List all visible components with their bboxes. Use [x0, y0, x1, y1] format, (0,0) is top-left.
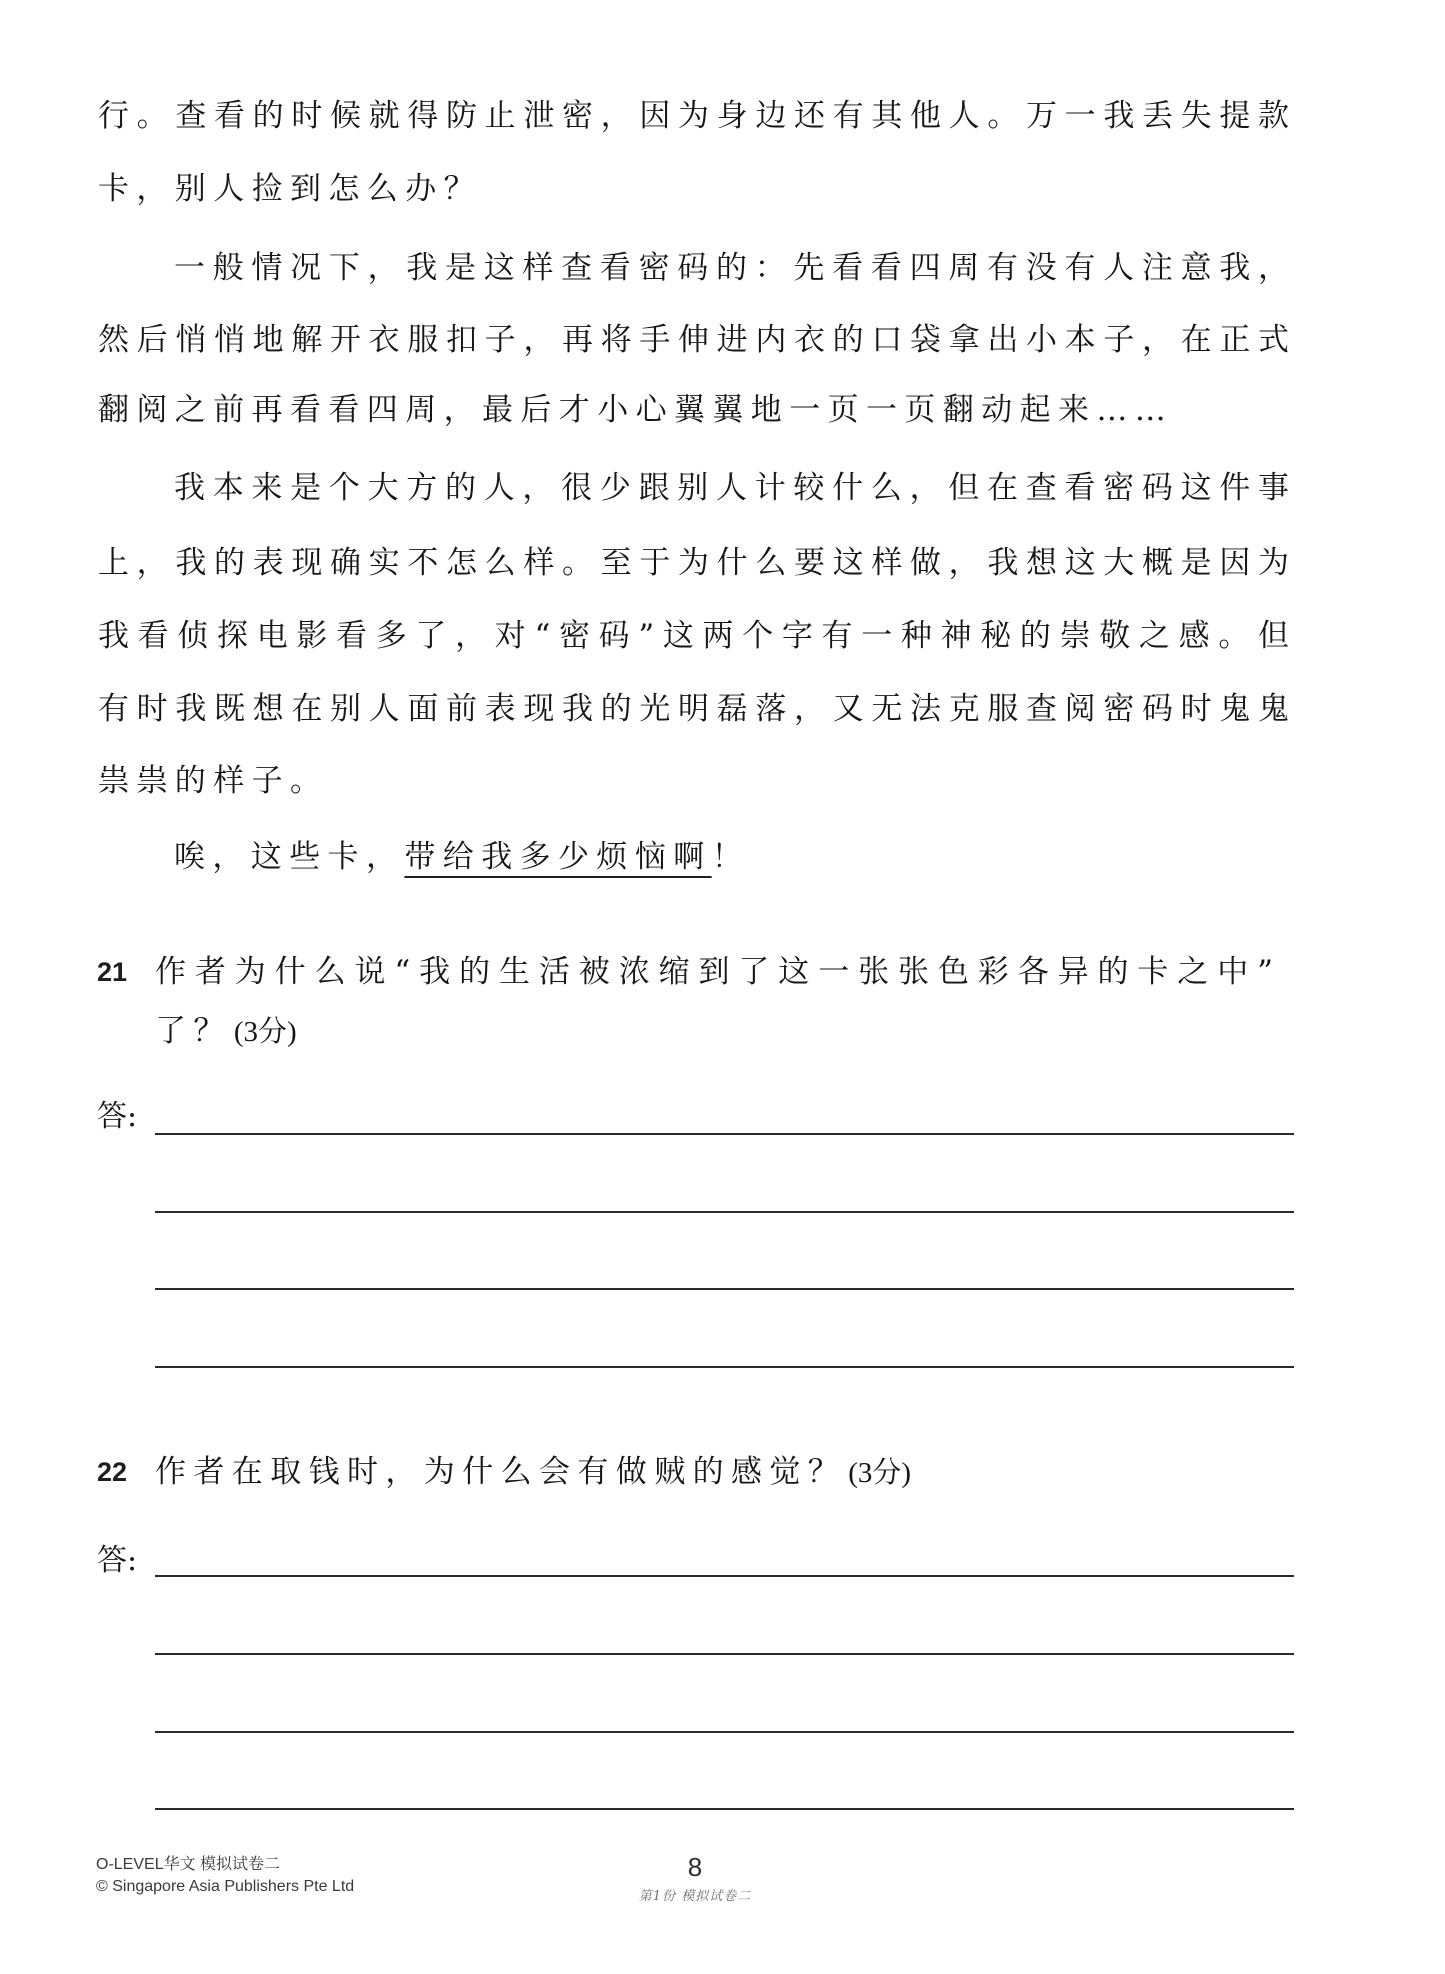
answer-line [155, 1808, 1294, 1810]
passage-closing-line: 唉，这些卡，带给我多少烦恼啊！ [174, 837, 750, 877]
marks-label: (3分) [848, 1457, 911, 1489]
closing-punctuation: ！ [712, 839, 750, 875]
passage-line: 然后悄悄地解开衣服扣子，再将手伸进内衣的口袋拿出小本子，在正式 [98, 320, 1289, 360]
answer-label: 答: [97, 1541, 137, 1581]
marks-label: (3分) [234, 1016, 297, 1048]
answer-line [155, 1288, 1294, 1290]
closing-text: 唉，这些卡， [174, 839, 404, 875]
answer-line [155, 1366, 1294, 1368]
question-text: 作者在取钱时，为什么会有做贼的感觉？(3分) [155, 1452, 911, 1492]
question-text-continued: 了？(3分) [155, 1011, 297, 1051]
passage-line: 祟祟的样子。 [98, 761, 328, 801]
answer-line [155, 1731, 1294, 1733]
passage-line: 行。查看的时候就得防止泄密，因为身边还有其他人。万一我丢失提款 [98, 96, 1289, 136]
passage-line: 一般情况下，我是这样查看密码的：先看看四周有没有人注意我， [174, 248, 1289, 288]
passage-line: 我看侦探电影看多了，对“密码”这两个字有一种神秘的崇敬之感。但 [98, 616, 1289, 656]
answer-line [155, 1211, 1294, 1213]
question-number: 22 [97, 1452, 127, 1492]
footer-title: O-LEVEL华文 模拟试卷二 [96, 1855, 280, 1875]
question-number: 21 [97, 952, 127, 992]
passage-line: 有时我既想在别人面前表现我的光明磊落，又无法克服查阅密码时鬼鬼 [98, 689, 1289, 729]
worksheet-page: 行。查看的时候就得防止泄密，因为身边还有其他人。万一我丢失提款 卡，别人捡到怎么… [0, 0, 1445, 1974]
underlined-phrase: 带给我多少烦恼啊 [404, 839, 711, 875]
answer-label: 答: [97, 1097, 137, 1137]
question-text: 作者为什么说“我的生活被浓缩到了这一张张色彩各异的卡之中” [155, 952, 1273, 992]
footer-copyright: © Singapore Asia Publishers Pte Ltd [96, 1877, 354, 1897]
passage-line: 我本来是个大方的人，很少跟别人计较什么，但在查看密码这件事 [174, 468, 1289, 508]
passage-line: 翻阅之前再看看四周，最后才小心翼翼地一页一页翻动起来…… [98, 390, 1173, 430]
paper-label: 第1份 模拟试卷二 [600, 1889, 790, 1905]
question-text-body: 作者在取钱时，为什么会有做贼的感觉？ [155, 1454, 846, 1490]
page-number: 8 [600, 1852, 790, 1882]
passage-line: 卡，别人捡到怎么办？ [98, 169, 482, 209]
answer-line [155, 1653, 1294, 1655]
answer-line [155, 1575, 1294, 1577]
answer-line [155, 1133, 1294, 1135]
question-text-tail: 了？ [155, 1013, 232, 1049]
passage-line: 上，我的表现确实不怎么样。至于为什么要这样做，我想这大概是因为 [98, 543, 1289, 583]
